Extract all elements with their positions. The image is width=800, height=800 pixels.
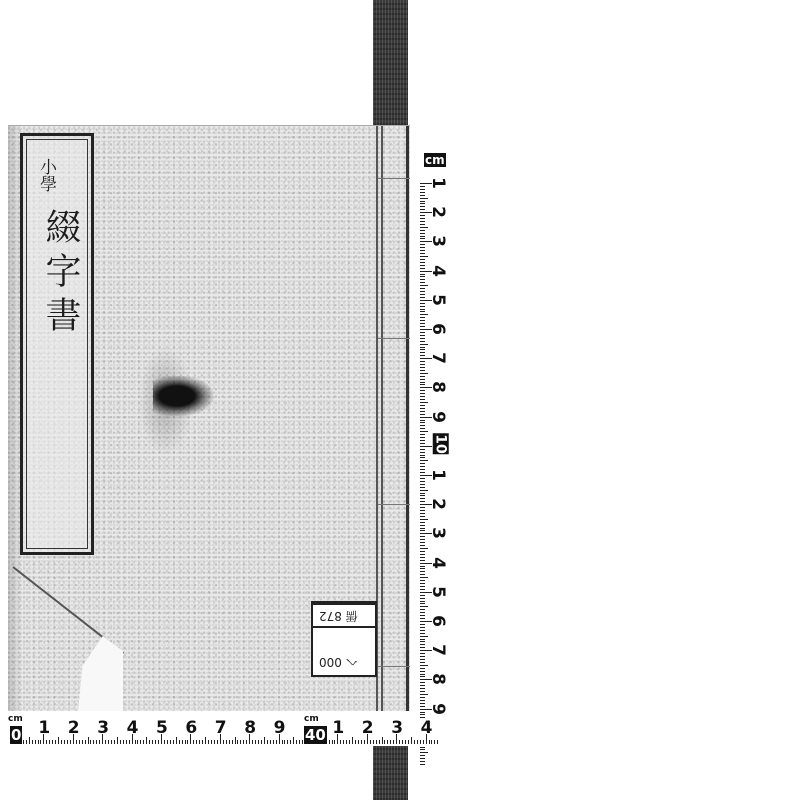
ruler-label: 7 [428,352,448,364]
ruler-tick [420,630,425,631]
ruler-tick [96,740,97,744]
ruler-tick [420,536,425,537]
ruler-tick [155,740,156,744]
ruler-tick [420,568,425,569]
ruler-tick [252,740,253,744]
label-row [313,626,375,649]
ruler-tick [420,186,425,187]
ruler-tick [340,740,341,744]
ruler-tick [420,668,425,669]
ruler-tick [420,268,425,269]
ruler-label: 7 [215,718,227,738]
ruler-tick [420,674,425,675]
ruler-tick [420,545,425,546]
ruler-tick [143,740,144,744]
ruler-tick [420,399,425,400]
ruler-tick [420,218,425,219]
ruler-tick [420,314,428,315]
ruler-tick [146,737,147,744]
ruler-tick [258,740,259,744]
ruler-tick [76,740,77,744]
ruler-label: 5 [428,294,448,306]
ruler-tick [420,446,432,447]
ruler-tick [420,288,425,289]
ruler-tick [429,740,430,744]
ruler-label: 2 [362,718,374,738]
ruler-tick [173,740,174,744]
ruler-tick [376,740,377,744]
ruler-tick [214,740,215,744]
ruler-label: 5 [428,586,448,598]
ruler-tick [349,740,350,744]
ruler-tick [420,656,425,657]
ink-stain [153,376,213,416]
ruler-tick [420,688,425,689]
ruler-tick [176,737,177,744]
ruler-label: 1 [38,718,50,738]
ruler-tick [179,740,180,744]
ruler-tick [334,740,335,744]
ruler-tick [364,740,365,744]
ruler-tick [170,740,171,744]
ruler-tick [420,691,425,692]
ruler-tick [420,685,425,686]
ruler-tick [420,612,425,613]
ruler-tick [420,758,425,759]
ruler-tick [399,740,400,744]
ruler-tick [99,740,100,744]
ruler-tick [196,740,197,744]
ruler-tick [420,647,425,648]
ruler-tick [420,714,425,715]
ruler-tick [420,198,428,199]
title-slip: 小學 綴字書 [20,133,94,555]
ruler-tick [420,513,425,514]
ruler-tick [420,326,425,327]
ruler-tick [420,367,425,368]
ruler-tick [420,335,425,336]
ruler-tick [420,449,425,450]
ruler-tick [420,274,425,275]
ruler-tick [405,740,406,744]
ruler-tick [420,265,425,266]
ruler-label: 40 [304,726,327,744]
ruler-label: 6 [185,718,197,738]
ruler-tick [23,740,24,744]
ruler-unit: cm [304,714,319,724]
ruler-tick [420,323,425,324]
ruler-tick [420,297,425,298]
ruler-tick [211,740,212,744]
ruler-tick [420,352,425,353]
ruler-label: 4 [127,718,139,738]
ruler-tick [420,227,428,228]
ruler-label: 9 [428,411,448,423]
ruler-tick [384,740,385,744]
ruler-tick [420,230,425,231]
ruler-label: 8 [244,718,256,738]
ruler-tick [420,201,425,202]
ruler-tick [282,740,283,744]
ruler-tick [420,206,425,207]
ruler-tick [82,740,83,744]
ruler-tick [420,434,425,435]
ruler-tick [61,740,62,744]
ruler-tick [420,192,425,193]
ruler-tick [420,694,428,695]
ruler-tick [358,740,359,744]
ruler-tick [361,740,362,744]
ruler-tick [208,740,209,744]
ruler-tick [26,740,27,744]
ruler-tick [205,737,206,744]
ruler-label: 9 [274,718,286,738]
ruler-tick [420,749,425,750]
ruler-tick [420,490,428,491]
ruler-tick [420,571,425,572]
ruler-label: 3 [428,527,448,539]
ruler-tick [420,279,425,280]
ruler-tick [420,311,425,312]
ruler-tick [284,740,285,744]
ruler-tick [420,256,428,257]
ruler-tick [420,250,425,251]
title-small: 小學 [27,158,55,192]
ruler-tick [49,740,50,744]
ruler-tick [264,737,265,744]
ruler-tick [267,740,268,744]
ruler-tick [420,589,425,590]
ruler-tick [420,665,428,666]
ruler-tick [420,764,425,765]
ruler-tick [420,221,425,222]
ruler-tick [111,740,112,744]
ruler-tick [420,189,425,190]
ruler-tick [420,598,425,599]
ruler-tick [420,761,425,762]
ruler-tick [420,528,425,529]
ruler-tick [352,737,353,744]
ruler-tick [223,740,224,744]
ruler-tick [290,740,291,744]
ruler-tick [420,332,425,333]
ruler-tick [255,740,256,744]
ruler-tick [287,740,288,744]
ruler-tick [88,737,89,744]
ruler-tick [420,676,425,677]
ruler-tick [420,379,425,380]
ruler-tick [420,195,425,196]
ruler-tick [420,522,425,523]
ruler-tick [217,740,218,744]
ruler-label: 1 [428,177,448,189]
ruler-tick [420,452,425,453]
ruler-tick [420,408,425,409]
ruler-tick [420,355,425,356]
ruler-tick [420,466,425,467]
ruler-tick [343,740,344,744]
ruler-tick [329,740,330,744]
ruler-tick [420,481,425,482]
ruler-tick [276,740,277,744]
ruler-tick [420,566,425,567]
ruler-tick [420,370,425,371]
ruler-tick [67,740,68,744]
ruler-tick [296,740,297,744]
ruler-label: 3 [391,718,403,738]
ruler-tick [420,306,425,307]
ruler-tick [420,215,425,216]
ruler-tick [420,440,425,441]
ruler-tick [40,740,41,744]
ruler-label: 9 [428,703,448,715]
ruler-tick [420,294,425,295]
ruler-tick [70,740,71,744]
ruler-tick [420,437,425,438]
ruler-tick [232,740,233,744]
ruler-tick [93,740,94,744]
ruler-tick [420,548,428,549]
ruler-tick [35,740,36,744]
ruler-tick [420,320,425,321]
ruler-tick [420,606,428,607]
ruler-label: 6 [428,615,448,627]
ruler-tick [32,740,33,744]
ruler-tick [420,253,425,254]
ruler-tick [58,737,59,744]
ruler-tick [420,487,425,488]
ruler-tick [240,740,241,744]
ruler-tick [420,700,425,701]
ruler-tick [332,740,333,744]
ruler-tick [414,740,415,744]
book-cover: 小學 綴字書 儒 872 ヘ 000 [8,125,410,711]
ruler-tick [261,740,262,744]
ruler-tick [420,574,425,575]
ruler-tick [420,291,425,292]
ruler-label: 1 [332,718,344,738]
binding-strip-top [373,0,408,125]
ruler-tick [420,457,425,458]
ruler-tick [246,740,247,744]
ruler-tick [90,740,91,744]
ruler-tick [420,347,425,348]
ruler-tick [293,737,294,744]
ruler-tick [29,737,30,744]
ruler-label: 3 [97,718,109,738]
ruler-tick [420,501,425,502]
ruler-tick [420,627,425,628]
ruler-tick [229,740,230,744]
ruler-tick [85,740,86,744]
ruler-tick [420,405,425,406]
ruler-tick [420,238,425,239]
ruler-tick [182,740,183,744]
label-row: ヘ 000 [313,649,375,672]
spine-line [381,126,383,711]
ruler-tick [52,740,53,744]
ruler-tick [346,740,347,744]
ruler-tick [193,740,194,744]
stitch-mark [378,666,410,667]
ruler-tick [420,507,425,508]
ruler-tick [420,601,425,602]
ruler-label: 2 [68,718,80,738]
ruler-tick [420,740,421,744]
ruler-tick [420,542,425,543]
ruler-tick [420,595,425,596]
ruler-tick [420,285,428,286]
ruler-tick [135,740,136,744]
ruler-tick [235,737,236,744]
ruler-tick [420,303,425,304]
ruler-tick [46,740,47,744]
ruler-tick [149,740,150,744]
ruler-tick [420,662,425,663]
ruler-tick [420,341,425,342]
ruler-tick [420,516,425,517]
ruler-tick [105,740,106,744]
ruler-tick [417,740,418,744]
ruler-tick [420,641,425,642]
ruler-tick [420,420,425,421]
ruler-tick [420,752,428,753]
ruler-tick [420,384,425,385]
ruler-tick [420,671,425,672]
ruler-tick [38,740,39,744]
ruler-tick [420,633,425,634]
ruler-tick [420,233,425,234]
ruler-tick [299,740,300,744]
ruler-tick [123,740,124,744]
ruler-tick [420,615,425,616]
ruler-tick [79,740,80,744]
ruler-tick [420,382,425,383]
ruler-tick [420,317,425,318]
ruler-tick [120,740,121,744]
vertical-ruler: cm123456789101234567892 [420,153,455,743]
torn-patch [78,636,123,711]
binding-strip-bottom [373,740,408,800]
ruler-tick [420,469,425,470]
ruler-unit: cm [8,714,23,724]
stitch-mark [378,338,410,339]
ruler-tick [202,740,203,744]
ruler-tick [420,580,425,581]
ruler-tick [420,525,425,526]
ruler-tick [420,309,425,310]
ruler-tick [420,618,425,619]
ruler-tick [420,586,425,587]
ruler-tick [420,510,425,511]
ruler-tick [117,737,118,744]
ruler-tick [420,361,425,362]
ruler-tick [420,697,425,698]
library-label: 儒 872 ヘ 000 [311,601,377,677]
ruler-tick [420,428,425,429]
ruler-label: 6 [428,323,448,335]
ruler-tick [420,551,425,552]
ruler-unit-box: cm [424,153,446,167]
ruler-tick [420,463,425,464]
ruler-tick [129,740,130,744]
ruler-tick [420,493,425,494]
ruler-tick [420,624,425,625]
ruler-tick [379,740,380,744]
ruler-tick [420,706,425,707]
ruler-tick [420,402,428,403]
ruler-tick [420,583,425,584]
ruler-tick [167,740,168,744]
ruler-tick [226,740,227,744]
ruler-tick [420,396,425,397]
ruler-tick [393,740,394,744]
ruler-tick [137,740,138,744]
ruler-tick [355,740,356,744]
ruler-tick [237,740,238,744]
ruler-tick [420,338,425,339]
ruler-tick [420,393,425,394]
ruler-tick [420,209,425,210]
ruler-tick [420,478,425,479]
ruler-tick [185,740,186,744]
ruler-tick [420,414,425,415]
ruler-tick [420,560,425,561]
ruler-tick [420,603,425,604]
ruler-tick [420,703,425,704]
ruler-tick [420,203,425,204]
ruler-tick [420,653,425,654]
ruler-tick [420,455,425,456]
ruler-tick [402,740,403,744]
ruler-tick [187,740,188,744]
ruler-tick [152,740,153,744]
spine-edge [406,126,409,711]
ruler-tick [420,659,425,660]
ruler-label: 2 [428,498,448,510]
ruler-tick [420,247,425,248]
ruler-label: 4 [428,265,448,277]
ruler-tick [140,740,141,744]
ruler-label: 4 [428,557,448,569]
ruler-tick [387,740,388,744]
ruler-tick [158,740,159,744]
label-row: 儒 872 [313,603,375,626]
ruler-tick [423,740,424,744]
ruler-tick [420,431,428,432]
ruler-tick [370,740,371,744]
ruler-tick [273,740,274,744]
ruler-label: 8 [428,673,448,685]
ruler-label: 1 [428,469,448,481]
ruler-tick [420,472,425,473]
ruler-tick [108,740,109,744]
ruler-tick [420,373,428,374]
ruler-tick [420,282,425,283]
ruler-tick [55,740,56,744]
ruler-tick [114,740,115,744]
ruler-tick [382,737,383,744]
ruler-tick [243,740,244,744]
ruler-tick [411,737,412,744]
ruler-tick [420,425,425,426]
ruler-tick [420,390,425,391]
ruler-tick [420,349,425,350]
ruler-tick [390,740,391,744]
ruler-label: 2 [428,206,448,218]
ruler-tick [420,639,425,640]
ruler-tick [420,495,425,496]
